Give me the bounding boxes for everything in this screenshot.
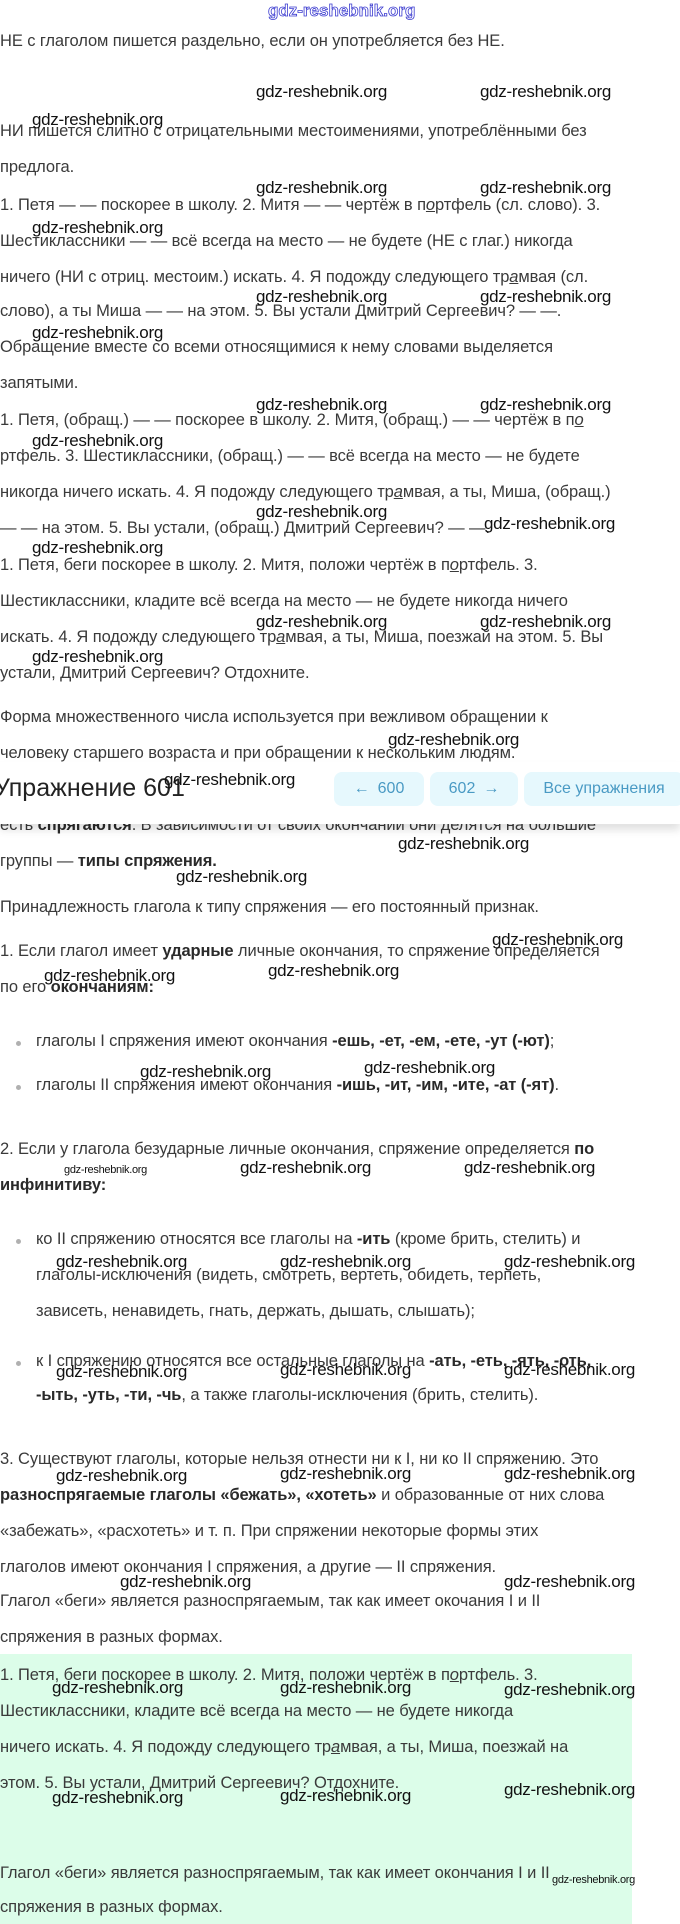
theory-constant: Принадлежность глагола к типу спряжения … bbox=[0, 898, 539, 917]
final-answer-line3: ничего искать. 4. Я подожду следующего т… bbox=[0, 1738, 568, 1757]
rule-obr-line1: Обращение вместе со всеми относящимися к… bbox=[0, 338, 553, 357]
page-title: Упражнение 601 bbox=[0, 774, 185, 803]
analysis1-line3: ничего (НИ с отриц. местоим.) искать. 4.… bbox=[0, 268, 588, 287]
bullet-conj2: глаголы II спряжения имеют окончания -иш… bbox=[36, 1076, 559, 1095]
all-exercises-button[interactable]: Все упражнения bbox=[524, 772, 680, 806]
final-note-line2: спряжения в разных формах. bbox=[0, 1898, 223, 1917]
bullet-conj2-inf-line2: глаголы-исключения (видеть, смотреть, ве… bbox=[36, 1266, 541, 1285]
next-exercise-button[interactable]: 602 → bbox=[430, 772, 518, 806]
analysis2-line1: 1. Петя, (обращ.) — — поскорее в школу. … bbox=[0, 411, 584, 430]
theory-p1-line2: по его окончаниям: bbox=[0, 978, 154, 997]
analysis2-line4: — — на этом. 5. Вы устали, (обращ.) Дмит… bbox=[0, 519, 490, 538]
theory-p3-line1: 3. Существуют глаголы, которые нельзя от… bbox=[0, 1450, 598, 1469]
final-note-line1: Глагол «беги» является разноспрягаемым, … bbox=[0, 1864, 550, 1883]
theory-p1-line1: 1. Если глагол имеет ударные личные окон… bbox=[0, 942, 600, 961]
exercise-header: Упражнение 601 ← 600 602 → Все упражнени… bbox=[0, 762, 680, 824]
note-line2: спряжения в разных формах. bbox=[0, 1628, 223, 1647]
final-answer-line1: 1. Петя, беги поскорее в школу. 2. Митя,… bbox=[0, 1666, 538, 1685]
theory-line2: группы — типы спряжения. bbox=[0, 852, 217, 871]
rule-plural-line2: человеку старшего возраста и при обращен… bbox=[0, 744, 515, 763]
prev-exercise-button[interactable]: ← 600 bbox=[334, 772, 424, 806]
theory-p3-line3: «забежать», «расхотеть» и т. п. При спря… bbox=[0, 1522, 538, 1541]
bullet-conj2-inf: ко II спряжению относятся все глаголы на… bbox=[36, 1230, 580, 1249]
final-answer-box: 1. Петя, беги поскорее в школу. 2. Митя,… bbox=[0, 1654, 632, 1924]
answer1-line4: устали, Дмитрий Сергеевич? Отдохните. bbox=[0, 664, 309, 683]
arrow-left-icon: ← bbox=[354, 780, 370, 798]
rule-obr-line2: запятыми. bbox=[0, 374, 78, 393]
answer1-line2: Шестиклассники, кладите всё всегда на ме… bbox=[0, 592, 568, 611]
analysis1-line1: 1. Петя — — поскорее в школу. 2. Митя — … bbox=[0, 196, 600, 215]
rule-plural-line1: Форма множественного числа используется … bbox=[0, 708, 548, 727]
prev-exercise-label: 600 bbox=[378, 780, 405, 798]
final-answer-line4: этом. 5. Вы устали, Дмитрий Сергеевич? О… bbox=[0, 1774, 399, 1793]
arrow-right-icon: → bbox=[483, 780, 499, 798]
page-content: НЕ с глаголом пишется раздельно, если он… bbox=[0, 0, 680, 1924]
final-answer-line2: Шестиклассники, кладите всё всегда на ме… bbox=[0, 1702, 513, 1721]
analysis2-line2: ртфель. 3. Шестиклассники, (обращ.) — — … bbox=[0, 447, 580, 466]
theory-p2-line1: 2. Если у глагола безударные личные окон… bbox=[0, 1140, 594, 1159]
analysis1-line2: Шестиклассники — — всё всегда на место —… bbox=[0, 232, 573, 251]
rule-ni-line2: предлога. bbox=[0, 158, 74, 177]
answer1-line3: искать. 4. Я подожду следующего трамвая,… bbox=[0, 628, 603, 647]
rule-ni-line1: НИ пишется слитно с отрицательными место… bbox=[0, 122, 587, 141]
theory-p3-line4: глаголов имеют окончания I спряжения, а … bbox=[0, 1558, 496, 1577]
rule-ne: НЕ с глаголом пишется раздельно, если он… bbox=[0, 32, 505, 51]
bullet-conj2-inf-line3: зависеть, ненавидеть, гнать, держать, ды… bbox=[36, 1302, 475, 1321]
theory-p3-line2: разноспрягаемые глаголы «бежать», «хотет… bbox=[0, 1486, 604, 1505]
answer1-line1: 1. Петя, беги поскорее в школу. 2. Митя,… bbox=[0, 556, 538, 575]
bullet-conj1-inf: к I спряжению относятся все остальные гл… bbox=[36, 1352, 591, 1371]
note-line1: Глагол «беги» является разноспрягаемым, … bbox=[0, 1592, 540, 1611]
bullet-conj1-inf-line2: -ыть, -уть, -ти, -чь, а также глаголы-ис… bbox=[36, 1386, 538, 1405]
next-exercise-label: 602 bbox=[449, 780, 476, 798]
theory-p2-line2: инфинитиву: bbox=[0, 1176, 106, 1195]
bullet-conj1: глаголы I спряжения имеют окончания -ешь… bbox=[36, 1032, 554, 1051]
analysis2-line3: никогда ничего искать. 4. Я подожду след… bbox=[0, 483, 610, 502]
all-exercises-label: Все упражнения bbox=[543, 780, 664, 798]
analysis1-line4: слово), а ты Миша — — на этом. 5. Вы уст… bbox=[0, 302, 561, 321]
